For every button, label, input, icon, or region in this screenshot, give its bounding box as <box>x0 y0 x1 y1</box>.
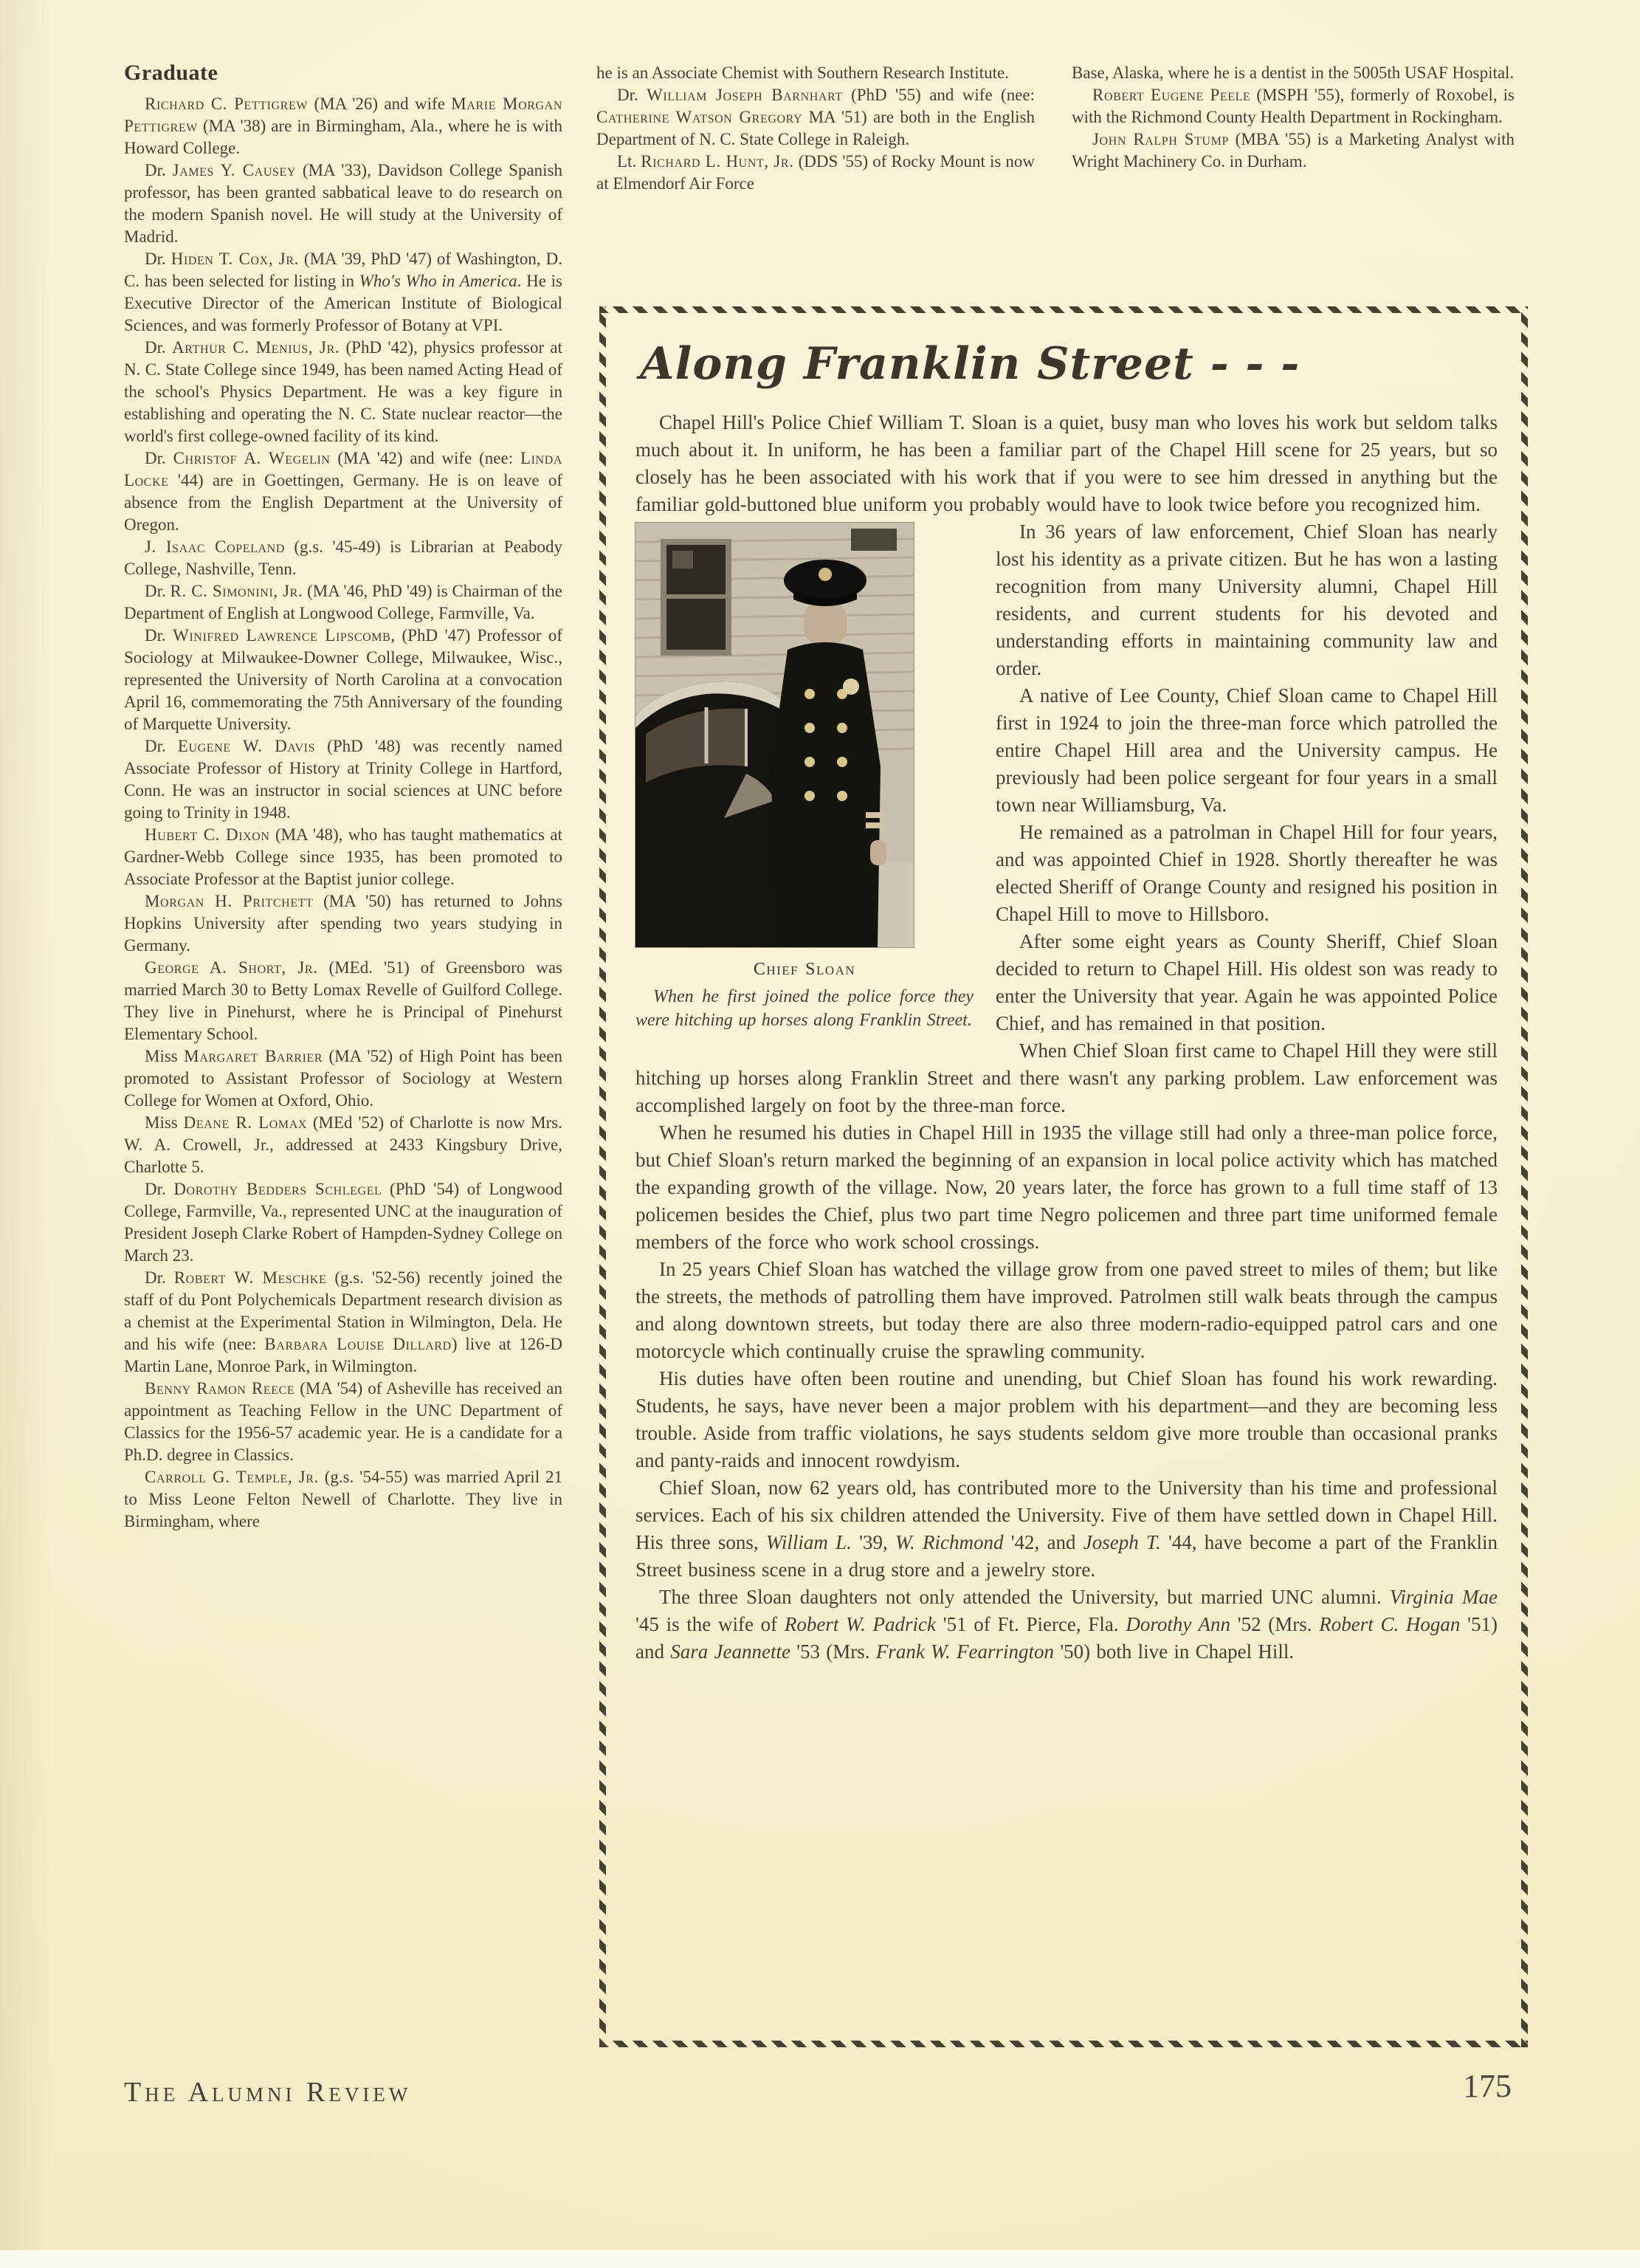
right-column: Base, Alaska, where he is a dentist in t… <box>1072 62 1515 173</box>
paragraph: His duties have often been routine and u… <box>635 1365 1498 1474</box>
paragraph: When Chief Sloan first came to Chapel Hi… <box>635 1037 1498 1119</box>
paragraph: Benny Ramon Reece (MA '54) of Asheville … <box>124 1378 562 1466</box>
paragraph: Lt. Richard L. Hunt, Jr. (DDS '55) of Ro… <box>596 151 1035 195</box>
photo-coat <box>771 642 881 947</box>
paragraph: Hubert C. Dixon (MA '48), who has taught… <box>124 824 562 890</box>
magazine-title-footer: The Alumni Review <box>124 2076 411 2109</box>
paragraph: Miss Margaret Barrier (MA '52) of High P… <box>124 1045 562 1112</box>
section-heading-graduate: Graduate <box>124 62 562 84</box>
paragraph: Carroll G. Temple, Jr. (g.s. '54-55) was… <box>124 1466 562 1533</box>
photo-badge <box>843 678 859 695</box>
photo-vent <box>851 529 897 551</box>
paragraph: Dr. Eugene W. Davis (PhD '48) was recent… <box>124 735 562 824</box>
photo-caption-text: When he first joined the police force th… <box>635 985 974 1032</box>
photo-caption-name: Chief Sloan <box>635 956 974 983</box>
magazine-page: Graduate Richard C. Pettigrew (MA '26) a… <box>0 0 1640 2268</box>
middle-column-text: he is an Associate Chemist with Southern… <box>596 62 1035 195</box>
paragraph: John Ralph Stump (MBA '55) is a Marketin… <box>1072 128 1515 173</box>
box-border-right <box>1521 306 1528 2047</box>
paragraph: Dr. R. C. Simonini, Jr. (MA '46, PhD '49… <box>124 580 562 625</box>
photo-window <box>661 539 731 656</box>
paragraph: George A. Short, Jr. (MEd. '51) of Green… <box>124 957 562 1045</box>
photo-chief-sloan <box>635 523 914 947</box>
feature-intro: Chapel Hill's Police Chief William T. Sl… <box>635 409 1498 518</box>
box-border-bottom <box>599 2041 1528 2047</box>
feature-title: Along Franklin Street - - - <box>640 338 1498 390</box>
paragraph: he is an Associate Chemist with Southern… <box>596 62 1035 84</box>
paragraph: Dr. Christof A. Wegelin (MA '42) and wif… <box>124 447 562 536</box>
right-column-text: Base, Alaska, where he is a dentist in t… <box>1072 62 1515 173</box>
left-column-text: Richard C. Pettigrew (MA '26) and wife M… <box>124 93 562 1533</box>
scan-edge <box>0 2250 1640 2268</box>
box-border-top <box>599 306 1528 313</box>
photo-sleeve-stripe-1 <box>866 812 885 818</box>
paragraph: Chief Sloan, now 62 years old, has contr… <box>635 1474 1498 1584</box>
paragraph: Richard C. Pettigrew (MA '26) and wife M… <box>124 93 562 159</box>
feature-box-inner: Along Franklin Street - - - Chapel Hill'… <box>606 313 1521 2041</box>
feature-box: Along Franklin Street - - - Chapel Hill'… <box>599 306 1528 2047</box>
paragraph: In 25 years Chief Sloan has watched the … <box>635 1256 1498 1365</box>
paragraph: Base, Alaska, where he is a dentist in t… <box>1072 62 1515 84</box>
paragraph: Dr. James Y. Causey (MA '33), Davidson C… <box>124 159 562 248</box>
photo-caption: Chief Sloan When he first joined the pol… <box>635 956 974 1032</box>
photo-figure: Chief Sloan When he first joined the pol… <box>635 523 982 1032</box>
paragraph: Dr. Dorothy Bedders Schlegel (PhD '54) o… <box>124 1178 562 1267</box>
paragraph: Dr. William Joseph Barnhart (PhD '55) an… <box>596 84 1035 151</box>
middle-column: he is an Associate Chemist with Southern… <box>596 62 1035 195</box>
paragraph: The three Sloan daughters not only atten… <box>635 1584 1498 1666</box>
left-column: Graduate Richard C. Pettigrew (MA '26) a… <box>124 62 562 1533</box>
paragraph: Chapel Hill's Police Chief William T. Sl… <box>635 409 1498 518</box>
photo-patrol-car <box>635 681 780 947</box>
page-number: 175 <box>1463 2067 1512 2105</box>
feature-body: Chief Sloan When he first joined the pol… <box>635 518 1498 1666</box>
paragraph: Dr. Arthur C. Menius, Jr. (PhD '42), phy… <box>124 337 562 447</box>
paragraph: Dr. Hiden T. Cox, Jr. (MA '39, PhD '47) … <box>124 248 562 337</box>
box-border-left <box>599 306 606 2047</box>
paragraph: Morgan H. Pritchett (MA '50) has returne… <box>124 890 562 957</box>
paragraph: Dr. Robert W. Meschke (g.s. '52-56) rece… <box>124 1267 562 1378</box>
photo-hand <box>870 840 886 865</box>
photo-sleeve-stripe-2 <box>866 822 885 828</box>
paragraph: J. Isaac Copeland (g.s. '45-49) is Libra… <box>124 536 562 580</box>
paragraph: Dr. Winifred Lawrence Lipscomb, (PhD '47… <box>124 625 562 735</box>
paragraph: Miss Deane R. Lomax (MEd '52) of Charlot… <box>124 1112 562 1178</box>
paragraph: When he resumed his duties in Chapel Hil… <box>635 1119 1498 1256</box>
paragraph: Robert Eugene Peele (MSPH '55), formerly… <box>1072 84 1515 128</box>
